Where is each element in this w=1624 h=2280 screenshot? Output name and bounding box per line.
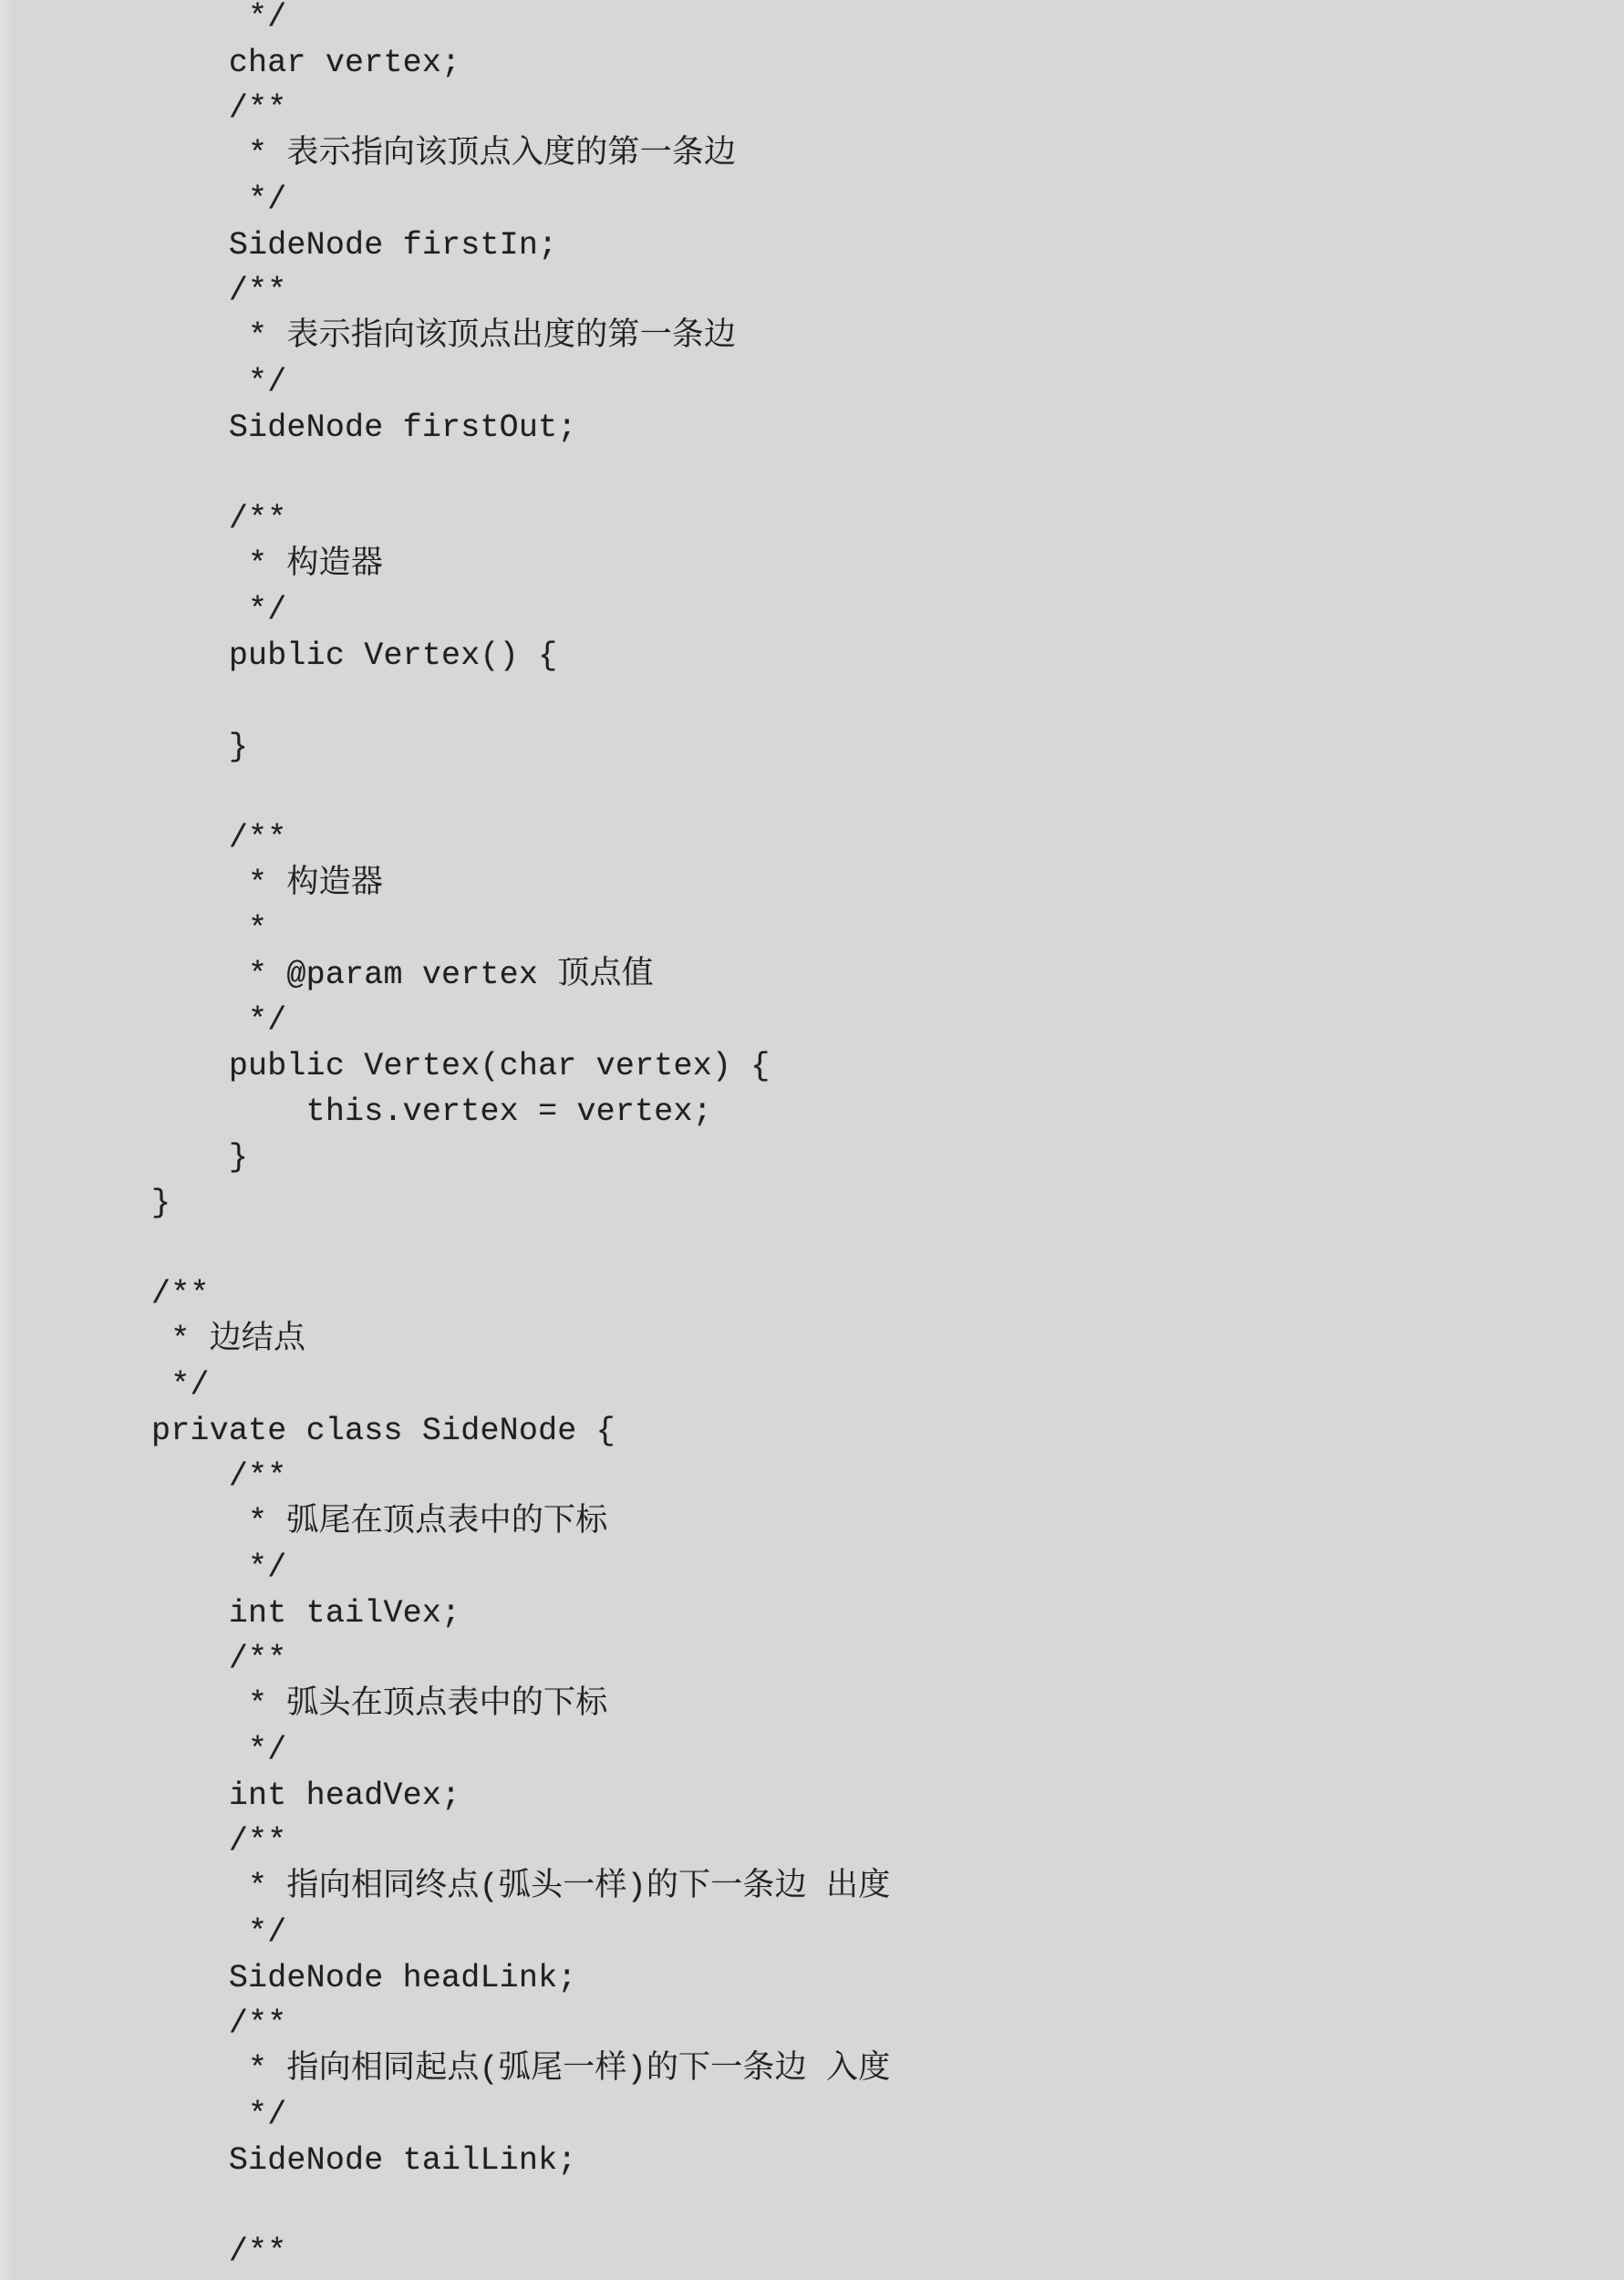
scan-page: */ char vertex; /** * 表示指向该顶点入度的第一条边 */ … [0, 0, 1624, 2280]
page-edge-shade [0, 0, 13, 2280]
code-listing: */ char vertex; /** * 表示指向该顶点入度的第一条边 */ … [151, 0, 890, 2275]
